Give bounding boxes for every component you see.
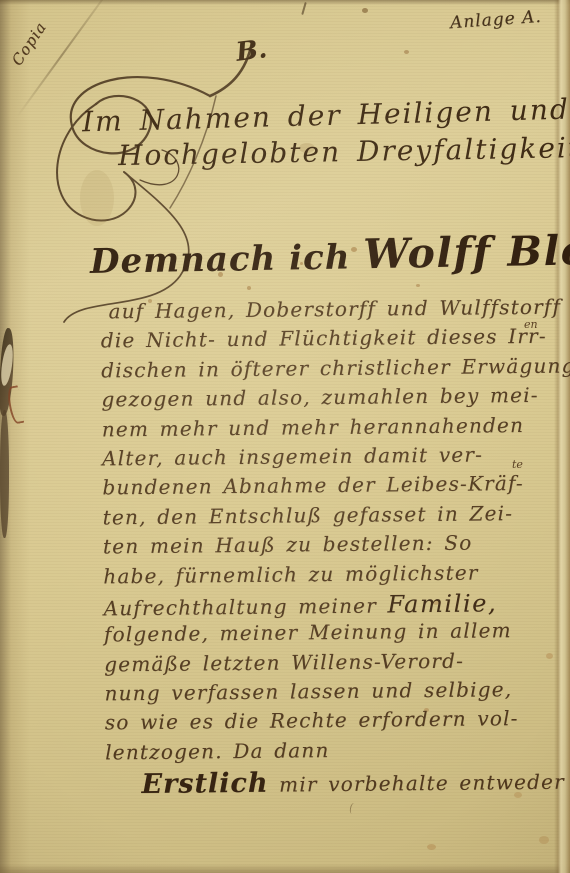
body-line: ten mein Hauß zu bestellen: So	[103, 530, 565, 564]
page-edge-top	[0, 0, 570, 5]
body-line: gezogen und also, zumahlen bey mei-	[101, 383, 563, 417]
body-line-text: Aufrechthaltung meiner	[104, 593, 388, 620]
body-line-erstlich: Erstlich mir vorbehalte entweder	[141, 765, 567, 799]
body-text-block: auf Hagen, Doberstorff und Wulffstorff d…	[100, 295, 567, 799]
stray-pen-mark	[349, 802, 357, 814]
body-line: nem mehr und mehr herannahenden	[102, 412, 564, 446]
body-line: so wie es die Rechte erfordern vol-	[105, 706, 567, 740]
body-line: gemäße letzten Willens-Verord-	[104, 647, 566, 681]
stain	[362, 8, 368, 13]
annex-label: Anlage A.	[449, 7, 542, 33]
body-line: nung verfassen lassen und selbige,	[104, 677, 566, 711]
body-line: die Nicht- und Flüchtigkeit dieses Irr-	[101, 324, 563, 358]
body-line: Alter, auch insgemein damit ver-	[102, 442, 564, 476]
folio-mark: B.	[234, 34, 268, 68]
body-line: dischen in öfterer christlicher Erwägung	[101, 353, 563, 387]
opening-line: Demnach ich Wolff Blome	[90, 225, 570, 283]
manuscript-page: Copia Anlage A. B. Im Nahmen der Heilige…	[0, 0, 570, 873]
stain	[427, 844, 436, 850]
superscript-correction: en	[524, 318, 538, 331]
stain	[539, 836, 549, 844]
stain	[247, 286, 251, 290]
emphasized-word-familie: Familie,	[387, 589, 497, 618]
superscript-correction: te	[512, 458, 523, 471]
corner-crease-line	[17, 0, 108, 117]
page-edge-bottom	[0, 864, 570, 873]
testator-name: Wolff Blome	[363, 225, 570, 278]
stain	[416, 284, 420, 287]
calligraphic-flourish-ornament	[20, 30, 300, 340]
heading-line-1: Im Nahmen der Heiligen und	[82, 93, 570, 139]
body-line: habe, fürnemlich zu möglichster	[103, 559, 565, 593]
opening-phrase: Demnach ich	[90, 237, 364, 282]
body-line: folgende, meiner Meinung in allem	[104, 618, 566, 652]
body-line-text: mir vorbehalte entweder	[279, 770, 565, 797]
heading-line-2: Hochgelobten Dreyfaltigkeit!	[118, 131, 570, 172]
stain	[80, 170, 114, 226]
body-line: auf Hagen, Doberstorff und Wulffstorff	[108, 295, 562, 329]
body-line: lentzogen. Da dann	[105, 735, 567, 769]
torn-binding-patch	[0, 410, 9, 538]
emphasized-word-erstlich: Erstlich	[141, 768, 268, 800]
stain	[404, 50, 409, 54]
body-line-familie: Aufrechthaltung meiner Familie,	[103, 588, 565, 622]
body-line: bundenen Abnahme der Leibes-Kräf-	[102, 471, 564, 505]
body-line: ten, den Entschluß gefasset in Zei-	[103, 500, 565, 534]
